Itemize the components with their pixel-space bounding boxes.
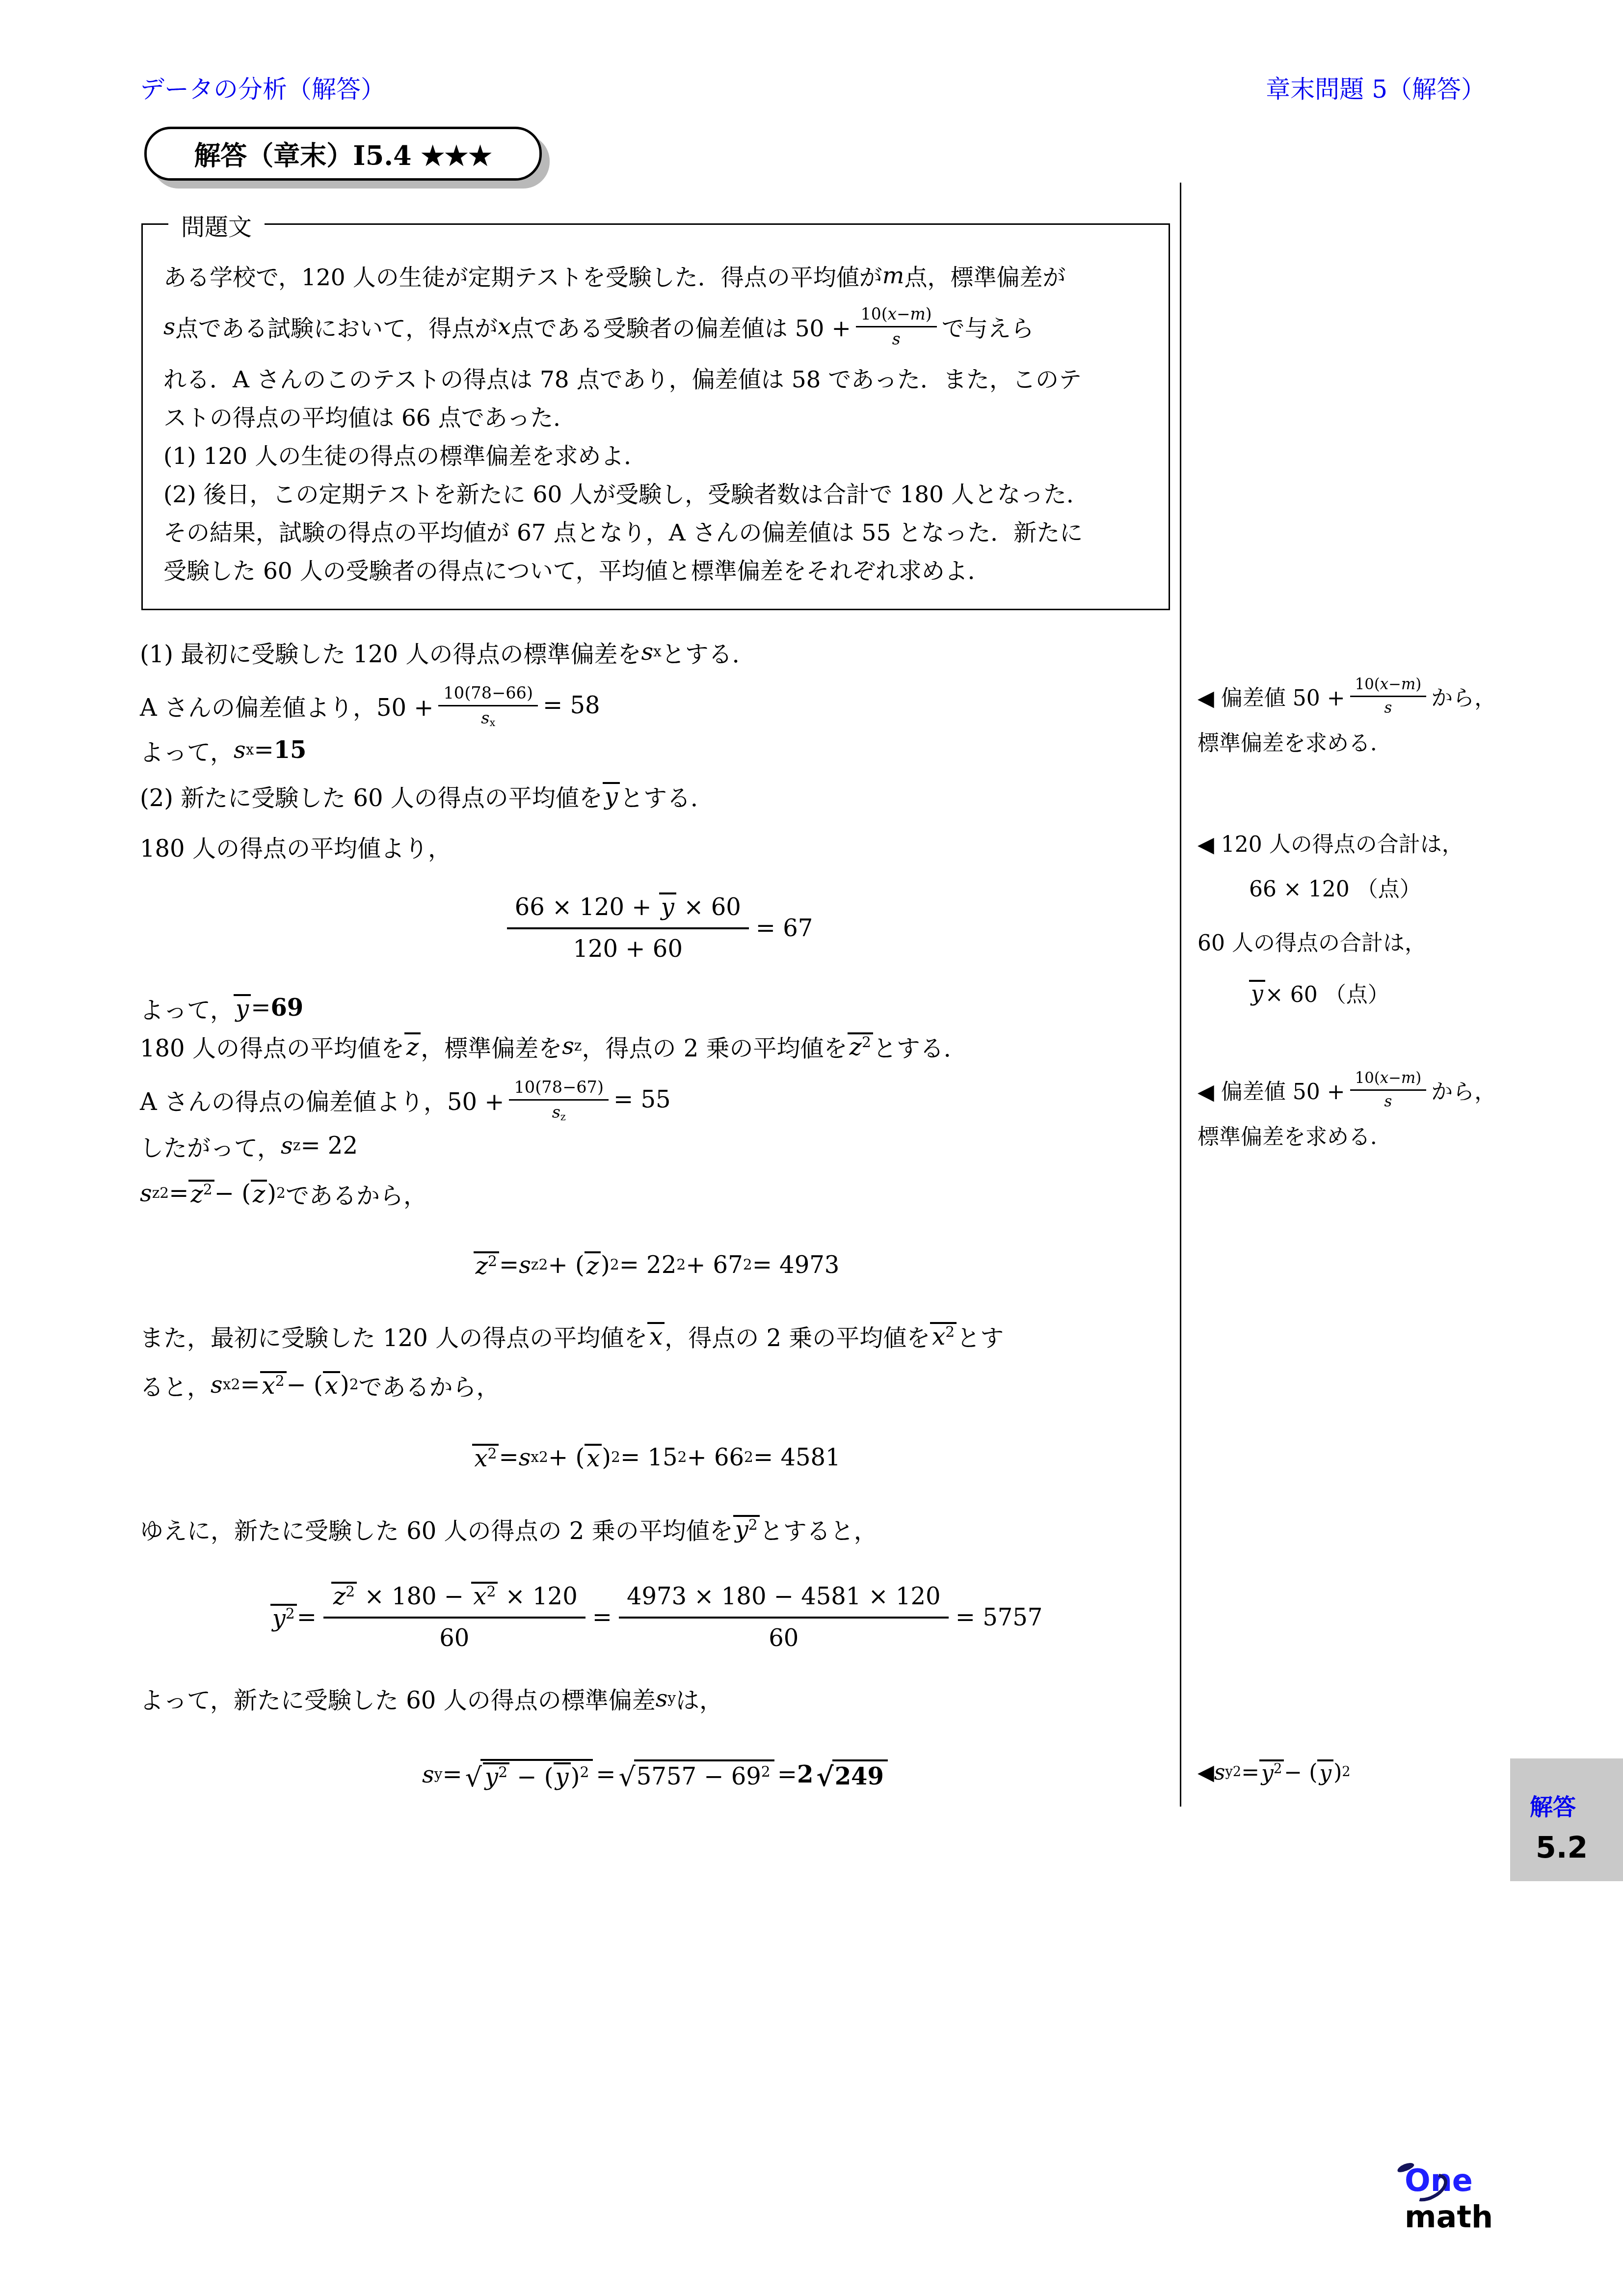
answer-badge-label: 解答（章末）I5.4 ★★★ bbox=[194, 135, 492, 173]
margin-note-line: ◀ 偏差値 50 + 10(x−m)s から， bbox=[1197, 669, 1605, 724]
solution-line: A さんの得点の偏差値より，50 + 10(78−67)sz = 55 bbox=[140, 1068, 1173, 1132]
problem-line: ある学校で，120 人の生徒が定期テストを受験した．得点の平均値が m 点，標準… bbox=[163, 256, 1154, 295]
document-page: データの分析（解答） 章末問題 5（解答） 解答（章末）I5.4 ★★★ 問題文… bbox=[0, 0, 1623, 2296]
solution-line: よって，y = 69 bbox=[140, 988, 1173, 1027]
solution-line: ると，sx2 = x2 − (x)2 であるから， bbox=[140, 1363, 1173, 1407]
solution-line: よって，新たに受験した 60 人の得点の標準偏差 sy は， bbox=[140, 1677, 1173, 1719]
answer-badge: 解答（章末）I5.4 ★★★ bbox=[144, 127, 542, 181]
solution-equation: 66 × 120 + y × 60120 + 60 = 67 bbox=[140, 877, 1173, 980]
margin-note-line: 60 人の得点の合計は， bbox=[1197, 914, 1605, 968]
margin-note-line: 標準偏差を求める． bbox=[1197, 1117, 1605, 1153]
solution-line: (2) 新たに受験した 60 人の得点の平均値を y とする． bbox=[140, 776, 1173, 815]
margin-note-deviation-1: ◀ 偏差値 50 + 10(x−m)s から， 標準偏差を求める． bbox=[1197, 669, 1605, 759]
margin-note-line: 66 × 120 （点） bbox=[1197, 860, 1605, 914]
margin-divider-line bbox=[1180, 183, 1181, 1807]
solution-line: ゆえに，新たに受験した 60 人の得点の 2 乗の平均値を y2 とすると， bbox=[140, 1506, 1173, 1552]
margin-note-line: 標準偏差を求める． bbox=[1197, 724, 1605, 759]
problem-line: (2) 後日，この定期テストを新たに 60 人が受験し，受験者数は合計で 180… bbox=[163, 473, 1154, 512]
logo-math-text: math bbox=[1405, 2201, 1513, 2233]
solution-line: 180 人の得点の平均値より， bbox=[140, 827, 1173, 866]
answer-tab-label: 解答 bbox=[1530, 1789, 1623, 1822]
solution-line: よって，sx = 15 bbox=[140, 730, 1173, 770]
problem-line: その結果，試験の得点の平均値が 67 点となり，A さんの偏差値は 55 となっ… bbox=[163, 512, 1154, 550]
problem-line: (1) 120 人の生徒の得点の標準偏差を求めよ． bbox=[163, 435, 1154, 473]
solution-equation: y2 = z2 × 180 − x2 × 12060 = 4973 × 180 … bbox=[140, 1566, 1173, 1669]
problem-line: 受験した 60 人の受験者の得点について，平均値と標準偏差をそれぞれ求めよ． bbox=[163, 550, 1154, 588]
problem-line: s 点である試験において，得点が x 点である受験者の偏差値は 50 + 10(… bbox=[163, 295, 1154, 358]
problem-line: ストの得点の平均値は 66 点であった． bbox=[163, 397, 1154, 435]
margin-note-deviation-2: ◀ 偏差値 50 + 10(x−m)s から， 標準偏差を求める． bbox=[1197, 1062, 1605, 1153]
answer-tab: 解答 5.2 bbox=[1510, 1758, 1623, 1881]
solution-equation: z2 = sz2 + (z)2 = 222 + 672 = 4973 bbox=[140, 1238, 1173, 1292]
margin-note-line: y × 60 （点） bbox=[1197, 968, 1605, 1017]
solution-line: 180 人の得点の平均値を z，標準偏差を sz，得点の 2 乗の平均値を z2… bbox=[140, 1024, 1173, 1068]
margin-note-line: ◀ 120 人の得点の合計は， bbox=[1197, 825, 1605, 860]
problem-text: ある学校で，120 人の生徒が定期テストを受験した．得点の平均値が m 点，標準… bbox=[143, 225, 1169, 588]
solution-line: A さんの偏差値より，50 + 10(78−66)sx = 58 bbox=[140, 674, 1173, 737]
margin-note-totals: ◀ 120 人の得点の合計は， 66 × 120 （点） 60 人の得点の合計は… bbox=[1197, 825, 1605, 1017]
solution-line: sz2 = z2 − (z)2 であるから， bbox=[140, 1171, 1173, 1216]
margin-note-line: ◀ 偏差値 50 + 10(x−m)s から， bbox=[1197, 1062, 1605, 1117]
solution-line: また，最初に受験した 120 人の得点の平均値を x，得点の 2 乗の平均値を … bbox=[140, 1314, 1173, 1358]
problem-line: れる．A さんのこのテストの得点は 78 点であり，偏差値は 58 であった．ま… bbox=[163, 358, 1154, 397]
answer-tab-number: 5.2 bbox=[1536, 1831, 1623, 1865]
solution-line: したがって，sz = 22 bbox=[140, 1126, 1173, 1165]
problem-box-title: 問題文 bbox=[168, 208, 265, 242]
page-title: データの分析（解答） bbox=[140, 70, 385, 105]
logo-one-text: One bbox=[1405, 2165, 1473, 2196]
chapter-problem-label: 章末問題 5（解答） bbox=[1266, 70, 1486, 105]
problem-box: 問題文 ある学校で，120 人の生徒が定期テストを受験した．得点の平均値が m … bbox=[141, 223, 1170, 610]
solution-line: (1) 最初に受験した 120 人の得点の標準偏差を sx とする． bbox=[140, 632, 1173, 672]
solution-equation: sy = √y2 − (y)2 = √5757 − 692 = 2√249 bbox=[140, 1738, 1173, 1811]
onemath-logo: One math bbox=[1405, 2165, 1513, 2233]
solution-equation: x2 = sx2 + (x)2 = 152 + 662 = 4581 bbox=[140, 1431, 1173, 1485]
